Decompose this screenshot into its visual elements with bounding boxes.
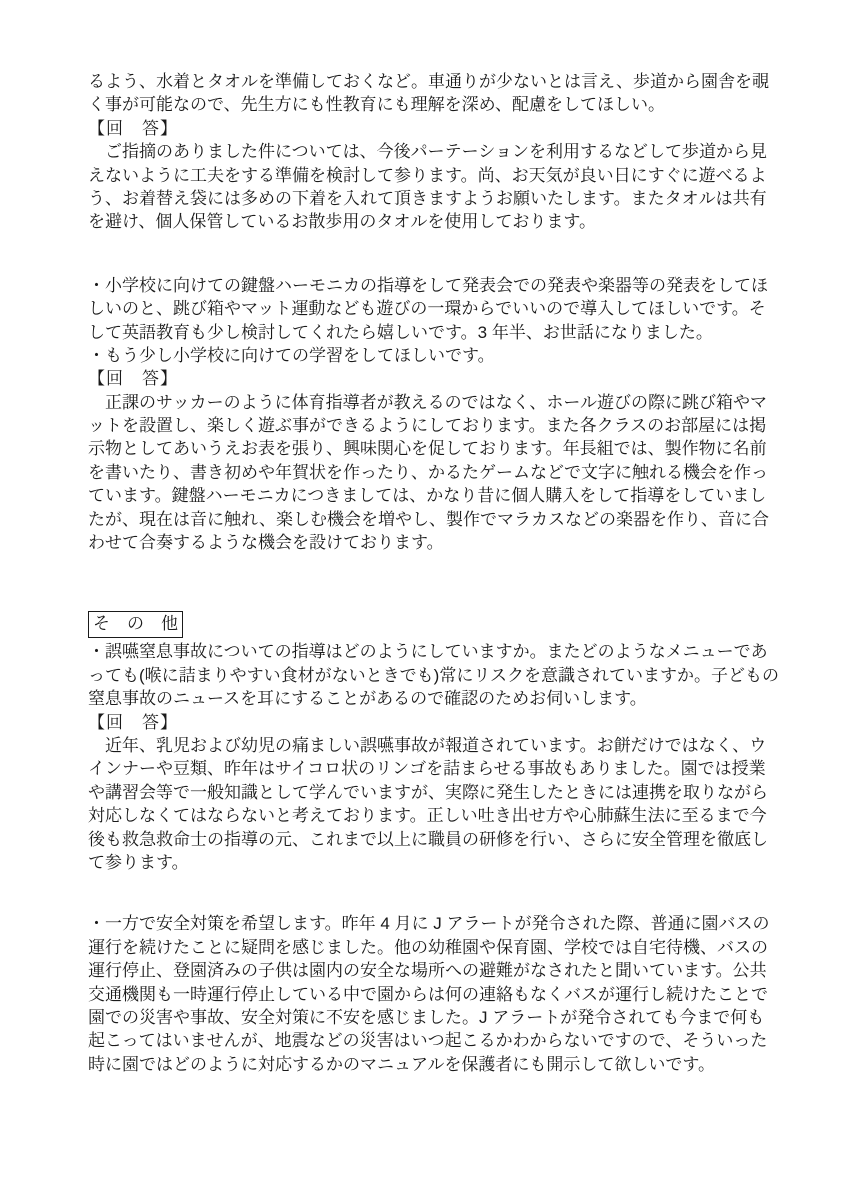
answer-line: たが、現在は音に触れ、楽しむ機会を増やし、製作でマラカスなどの楽器を作り、音に合 bbox=[88, 508, 778, 531]
answer-label: 【回 答】 bbox=[88, 117, 778, 140]
answer-line: 後も救急救命士の指導の元、これまで以上に職員の研修を行い、さらに安全管理を徹底し bbox=[88, 828, 778, 851]
question-line: っても(喉に詰まりやすい食材がないときでも)常にリスクを意識されていますか。子ど… bbox=[88, 664, 778, 687]
answer-line: 正課のサッカーのように体育指導者が教えるのではなく、ホール遊びの際に跳び箱やマ bbox=[88, 391, 778, 414]
question-line: ・誤嚥窒息事故についての指導はどのようにしていますか。またどのようなメニューであ bbox=[88, 640, 778, 663]
question-line: ・小学校に向けての鍵盤ハーモニカの指導をして発表会での発表や楽器等の発表をしてほ bbox=[88, 274, 778, 297]
answer-line: インナーや豆類、昨年はサイコロ状のリンゴを詰まらせる事故もありました。園では授業 bbox=[88, 757, 778, 780]
answer-line: わせて合奏するような機会を設けております。 bbox=[88, 531, 778, 554]
answer-line: を避け、個人保管しているお散歩用のタオルを使用しております。 bbox=[88, 210, 778, 233]
question-line: るよう、水着とタオルを準備しておくなど。車通りが少ないとは言え、歩道から園舎を覗 bbox=[88, 70, 778, 93]
question-line: 運行を続けたことに疑問を感じました。他の幼稚園や保育園、学校では自宅待機、バスの bbox=[88, 936, 778, 959]
question-line: 園での災害や事故、安全対策に不安を感じました。J アラートが発令されても今まで何… bbox=[88, 1006, 778, 1029]
answer-line: て参ります。 bbox=[88, 851, 778, 874]
section-school-readiness: ・小学校に向けての鍵盤ハーモニカの指導をして発表会での発表や楽器等の発表をしてほ… bbox=[88, 274, 778, 555]
answer-line: ています。鍵盤ハーモニカにつきましては、かなり昔に個人購入をして指導をしていまし bbox=[88, 484, 778, 507]
question-line: ・一方で安全対策を希望します。昨年 4 月に J アラートが発令された際、普通に… bbox=[88, 912, 778, 935]
question-line: く事が可能なので、先生方にも性教育にも理解を深め、配慮をしてほしい。 bbox=[88, 93, 778, 116]
answer-line: えないように工夫をする準備を検討して参ります。尚、お天気が良い日にすぐに遊べるよ bbox=[88, 164, 778, 187]
answer-line: 示物としてあいうえお表を張り、興味関心を促しております。年長組では、製作物に名前 bbox=[88, 437, 778, 460]
answer-line: を書いたり、書き初めや年賀状を作ったり、かるたゲームなどで文字に触れる機会を作っ bbox=[88, 461, 778, 484]
section-heading-others: そ の 他 bbox=[88, 611, 183, 638]
question-line: して英語教育も少し検討してくれたら嬉しいです。3 年半、お世話になりました。 bbox=[88, 321, 778, 344]
question-line: 起こってはいませんが、地震などの災害はいつ起こるかわからないですので、そういった bbox=[88, 1029, 778, 1052]
answer-line: う、お着替え袋には多めの下着を入れて頂きますようお願いたします。またタオルは共有 bbox=[88, 187, 778, 210]
answer-label: 【回 答】 bbox=[88, 367, 778, 390]
question-line: 運行停止、登園済みの子供は園内の安全な場所への避難がなされたと聞いています。公共 bbox=[88, 959, 778, 982]
question-line: 時に園ではどのように対応するかのマニュアルを保護者にも開示して欲しいです。 bbox=[88, 1053, 778, 1076]
answer-label: 【回 答】 bbox=[88, 711, 778, 734]
question-line: 窒息事故のニュースを耳にすることがあるので確認のためお伺いします。 bbox=[88, 687, 778, 710]
question-line: しいのと、跳び箱やマット運動なども遊びの一環からでいいので導入してほしいです。そ bbox=[88, 297, 778, 320]
question-line: ・もう少し小学校に向けての学習をしてほしいです。 bbox=[88, 344, 778, 367]
question-block-safety: ・一方で安全対策を希望します。昨年 4 月に J アラートが発令された際、普通に… bbox=[88, 912, 778, 1076]
section-pool-privacy: るよう、水着とタオルを準備しておくなど。車通りが少ないとは言え、歩道から園舎を覗… bbox=[88, 70, 778, 234]
question-line: 交通機関も一時運行停止している中で園からは何の連絡もなくバスが運行し続けたことで bbox=[88, 983, 778, 1006]
answer-line: ご指摘のありました件については、今後パーテーションを利用するなどして歩道から見 bbox=[88, 140, 778, 163]
answer-line: や講習会等で一般知識として学んでいますが、実際に発生したときには連携を取りながら bbox=[88, 781, 778, 804]
document-page: るよう、水着とタオルを準備しておくなど。車通りが少ないとは言え、歩道から園舎を覗… bbox=[88, 70, 778, 1076]
section-others: そ の 他 ・誤嚥窒息事故についての指導はどのようにしていますか。またどのような… bbox=[88, 554, 778, 1076]
answer-line: 対応しなくてはならないと考えております。正しい吐き出せ方や心肺蘇生法に至るまで今 bbox=[88, 804, 778, 827]
answer-line: 近年、乳児および幼児の痛ましい誤嚥事故が報道されています。お餅だけではなく、ウ bbox=[88, 734, 778, 757]
answer-line: ットを設置し、楽しく遊ぶ事ができるようにしております。また各クラスのお部屋には掲 bbox=[88, 414, 778, 437]
